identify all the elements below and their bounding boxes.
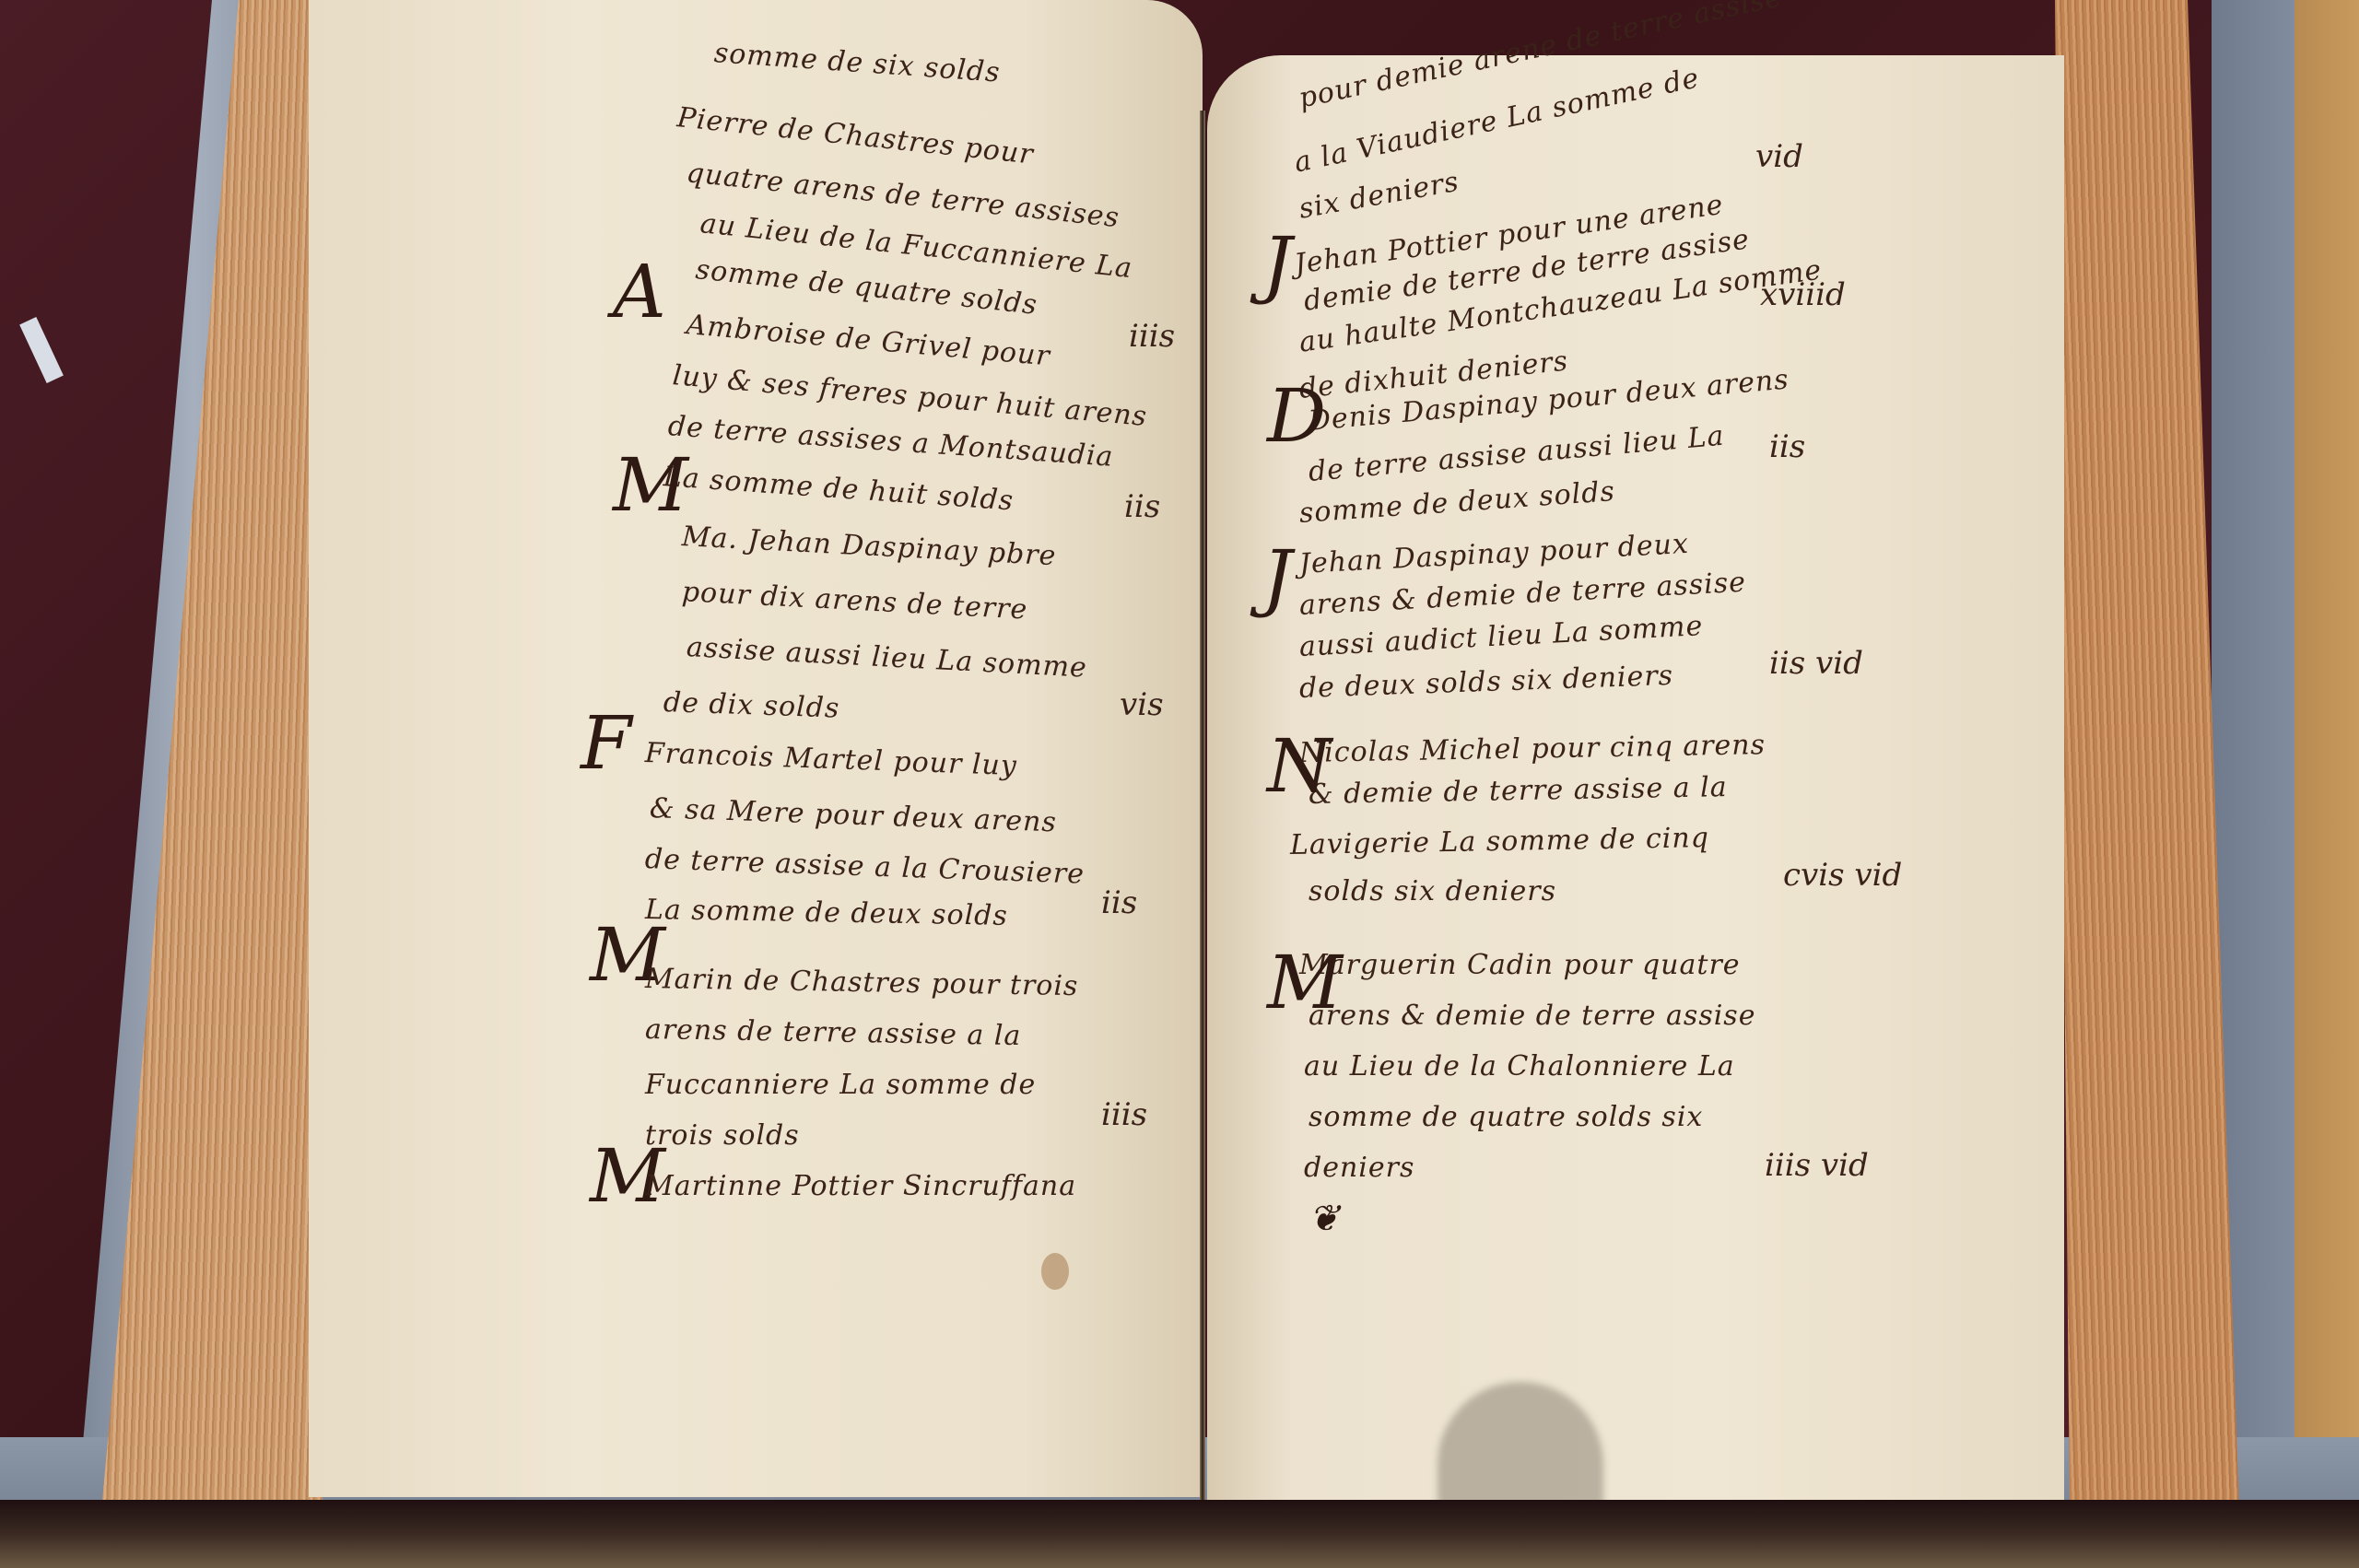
- initial-letter-J: J: [1262, 534, 1292, 620]
- text-line: de dix solds: [663, 686, 840, 725]
- text-line: Fuccanniere La somme de: [645, 1069, 1036, 1101]
- text-line: Martinne Pottier Sincruffana: [645, 1170, 1076, 1202]
- text-line: deniers: [1304, 1152, 1414, 1184]
- initial-letter-D: D: [1267, 373, 1326, 459]
- margin-amount: vis: [1120, 686, 1164, 723]
- margin-amount: iiis vid: [1765, 1147, 1869, 1184]
- margin-amount: cvis vid: [1783, 857, 1902, 894]
- margin-amount: vid: [1755, 138, 1803, 175]
- text-line: Marguerin Cadin pour quatre: [1299, 949, 1741, 981]
- initial-letter-F: F: [581, 700, 632, 786]
- margin-amount: xviiid: [1760, 276, 1846, 313]
- initial-letter-M: M: [613, 442, 688, 528]
- margin-amount: iis: [1769, 428, 1805, 465]
- notary-signature: ❦: [1309, 1198, 1340, 1240]
- margin-amount: iiis: [1101, 1096, 1147, 1133]
- margin-amount: iis vid: [1769, 645, 1863, 682]
- text-line: au Lieu de la Chalonniere La: [1304, 1050, 1735, 1082]
- text-line: solds six deniers: [1309, 875, 1556, 907]
- initial-letter-N: N: [1267, 723, 1332, 809]
- text-line: somme de quatre solds six: [1309, 1101, 1703, 1133]
- book-gutter: [1200, 111, 1205, 1502]
- margin-amount: iis: [1124, 488, 1160, 525]
- text-line: La somme de deux solds: [645, 894, 1008, 932]
- table-surface: [2294, 0, 2359, 1568]
- book-base-shadow: [0, 1500, 2359, 1568]
- initial-letter-M: M: [1267, 940, 1343, 1025]
- text-line: arens de terre assise a la: [645, 1013, 1022, 1052]
- margin-amount: iis: [1101, 884, 1137, 921]
- margin-amount: iiis: [1129, 318, 1175, 355]
- text-line: trois solds: [645, 1119, 800, 1152]
- ink-stain: [1041, 1253, 1069, 1290]
- initial-letter-J: J: [1262, 221, 1292, 307]
- text-line: arens & demie de terre assise: [1309, 1000, 1755, 1032]
- initial-letter-A: A: [613, 249, 666, 334]
